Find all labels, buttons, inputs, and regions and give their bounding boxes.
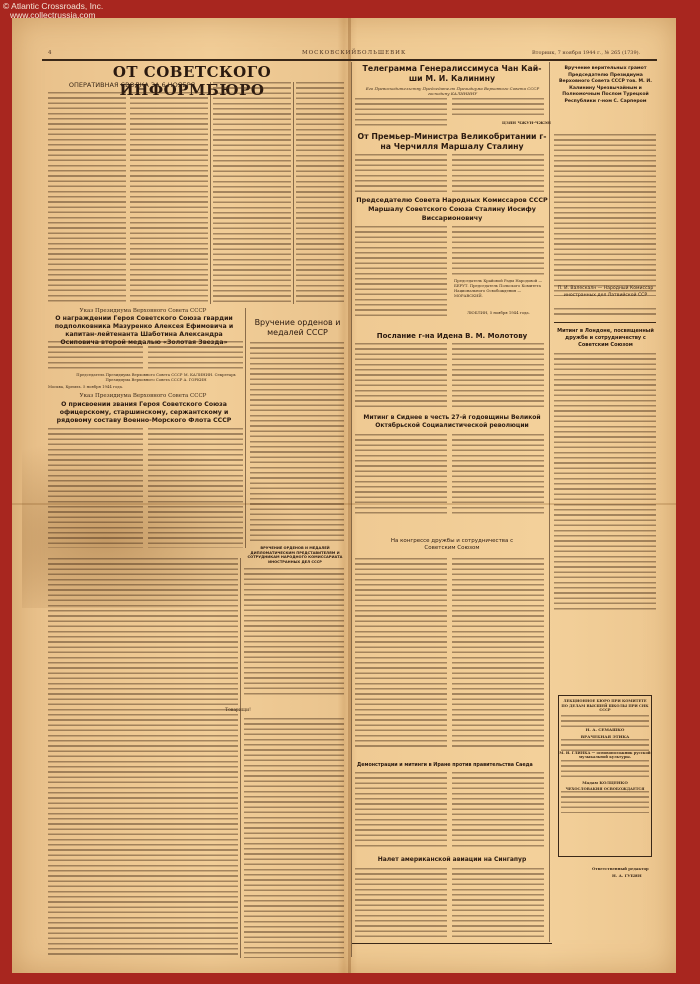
article-text [244, 718, 344, 958]
article-text [355, 343, 447, 408]
lecturer-3: Мадам КОЛЦЕНКО [559, 780, 651, 785]
ukaz2-kicker: Указ Президиума Верховного Совета СССР [48, 393, 238, 399]
article-text [452, 434, 544, 514]
congress-title: На конгрессе дружбы и сотрудничества с С… [382, 538, 522, 552]
article-text [48, 92, 126, 302]
eden-title: Послание г-на Идена В. М. Молотову [357, 332, 547, 340]
article-text [355, 154, 447, 192]
watermark-url: www.collectrussia.com [3, 11, 103, 20]
article-text [452, 558, 544, 748]
lecture-text [561, 760, 649, 780]
london-title: Митинг в Лондоне, посвященный дружбе и с… [553, 328, 658, 349]
ukaz1-signature: Председатель Президиума Верховного Совет… [68, 372, 244, 382]
issue-date: Вторник, 7 ноября 1944 г., № 265 (1739). [532, 50, 640, 56]
article-text [130, 92, 208, 302]
greeting: Товарищи! [208, 708, 268, 713]
column-rule [549, 62, 550, 942]
lecturer-2: М. И. ГЛИНКА — основоположник русской му… [559, 751, 651, 760]
iran-title: Демонстрации и митинги в Иране против пр… [357, 763, 547, 768]
sovinformburo-subheadline: ОПЕРАТИВНАЯ СВОДКА ЗА 6 НОЯБРЯ [47, 81, 217, 89]
article-text [296, 82, 344, 304]
column-rule [240, 558, 241, 958]
article-text [355, 558, 447, 748]
article-text [554, 308, 656, 318]
article-text [355, 434, 447, 514]
sydney-title: Митинг в Сиднее в честь 27-й годовщины В… [357, 414, 547, 430]
editor-label: Ответственный редактор [592, 866, 649, 871]
footer-rule [352, 943, 552, 944]
lecturer-1: Н. А. СЕМАШКО [559, 727, 651, 732]
lecture-text [561, 791, 649, 813]
credentials-title: Вручение верительных грамот Председателю… [553, 66, 658, 106]
ukaz2-title: О присвоении звания Героя Советского Сою… [46, 401, 242, 425]
article-text [48, 428, 143, 548]
newspaper-page: 4 МОСКОВСКИЙ БОЛЬШЕВИК Вторник, 7 ноября… [12, 18, 676, 973]
article-text [148, 428, 243, 548]
lecture-heading: ЛЕКЦИОННОЕ БЮРО ПРИ КОМИТЕТЕ ПО ДЕЛАМ ВЫ… [559, 696, 651, 715]
lecture-announcement-box: ЛЕКЦИОННОЕ БЮРО ПРИ КОМИТЕТЕ ПО ДЕЛАМ ВЫ… [558, 695, 652, 857]
article-text [48, 341, 143, 371]
article-text [148, 341, 243, 371]
article-text [355, 226, 447, 316]
article-text [452, 868, 544, 940]
column-rule [293, 82, 294, 304]
article-text [452, 772, 544, 847]
telegram-subtitle: Его Превосходительству Председателю През… [360, 86, 545, 96]
stalin-title: Председателю Совета Народных Комиссаров … [355, 196, 549, 223]
awards-title: Вручение орденов и медалей СССР [250, 318, 345, 338]
article-text [250, 342, 344, 542]
section-rule [554, 322, 656, 323]
page-number: 4 [48, 50, 53, 56]
churchill-title: От Премьер-Министра Великобритании г-на … [357, 132, 547, 152]
lecture-text [561, 715, 649, 727]
article-text [452, 154, 544, 192]
watermark: © Atlantic Crossroads, Inc. www.collectr… [3, 2, 103, 20]
masthead-title-left: МОСКОВСКИЙ [302, 50, 357, 56]
stalin-signature: Председатель Крайовой Рады Народовой — Б… [454, 278, 546, 298]
stalin-place-date: ЛЮБЛИН, 5 ноября 1944 года. [467, 310, 547, 315]
article-text [554, 353, 656, 613]
ukaz1-place-date: Москва, Кремль. 5 ноября 1944 года. [48, 384, 138, 389]
telegram-signature: ЦЗЯН ЧЖУН-ЧЖЭН [502, 120, 551, 125]
diplomatic-awards-title: ВРУЧЕНИЕ ОРДЕНОВ И МЕДАЛЕЙ ДИПЛОМАТИЧЕСК… [246, 546, 344, 564]
latvia-title: П. И. Валескалн — Народный Комиссар инос… [553, 286, 658, 299]
masthead-title-right: БОЛЬШЕВИК [357, 50, 406, 56]
article-text [452, 226, 544, 276]
article-text [355, 868, 447, 940]
editor-name: Н. А. ГУБИН [612, 873, 642, 878]
article-text [452, 98, 544, 116]
article-text [452, 343, 544, 408]
masthead-rule [42, 59, 657, 61]
article-text [213, 82, 291, 304]
ukaz1-kicker: Указ Президиума Верховного Совета СССР [48, 308, 238, 314]
column-rule [351, 62, 352, 957]
article-text [48, 558, 238, 958]
article-text [355, 772, 447, 847]
column-rule [245, 308, 246, 548]
article-text [244, 568, 344, 698]
article-text [554, 134, 656, 296]
singapore-title: Налет американской авиации на Сингапур [357, 856, 547, 863]
article-text [355, 98, 447, 128]
lecture-text [561, 739, 649, 751]
column-rule [210, 82, 211, 304]
telegram-title: Телеграмма Генералиссимуса Чан Кай-ши М.… [357, 64, 547, 84]
